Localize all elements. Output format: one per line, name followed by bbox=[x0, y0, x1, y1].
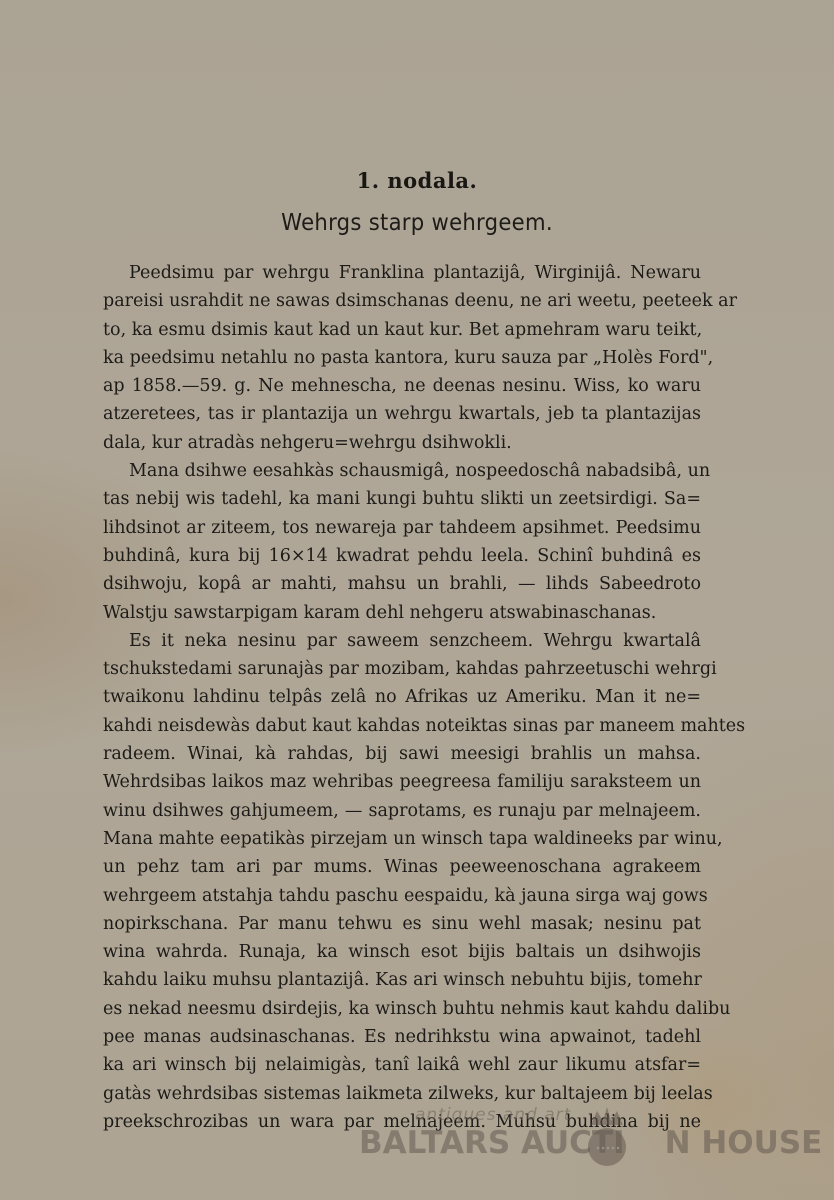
text-line: wehrgeem atstahja tahdu paschu eespaidu,… bbox=[103, 882, 701, 910]
body-text: Peedsimu par wehrgu Franklina plantazijâ… bbox=[103, 259, 701, 1136]
text-line: pareisi usrahdit ne sawas dsimschanas de… bbox=[103, 287, 701, 315]
text-line: ka ari winsch bij nelaimigàs, tanî laikâ… bbox=[103, 1051, 701, 1079]
text-line: tschukstedami sarunajàs par mozibam, kah… bbox=[103, 655, 701, 683]
text-line: kahdu laiku muhsu plantazijâ. Kas ari wi… bbox=[103, 966, 701, 994]
text-line: Mana mahte eepatikàs pirzejam un winsch … bbox=[103, 825, 701, 853]
text-line: preekschrozibas un wara par melnajeem. M… bbox=[103, 1108, 701, 1136]
text-line: es nekad neesmu dsirdejis, ka winsch buh… bbox=[103, 995, 701, 1023]
chapter-number: 1. nodala. bbox=[0, 168, 834, 193]
text-line: Mana dsihwe eesahkàs schausmigâ, nospeed… bbox=[103, 457, 701, 485]
text-line: winu dsihwes gahjumeem, — saprotams, es … bbox=[103, 797, 701, 825]
text-line: atzeretees, tas ir plantazija un wehrgu … bbox=[103, 400, 701, 428]
text-line: wina wahrda. Runaja, ka winsch esot biji… bbox=[103, 938, 701, 966]
text-line: lihdsinot ar ziteem, tos newareja par ta… bbox=[103, 514, 701, 542]
text-line: un pehz tam ari par mums. Winas peeweeno… bbox=[103, 853, 701, 881]
text-line: Walstju sawstarpigam karam dehl nehgeru … bbox=[103, 599, 701, 627]
text-line: tas nebij wis tadehl, ka mani kungi buht… bbox=[103, 485, 701, 513]
text-line: ap 1858.—59. g. Ne mehnescha, ne deenas … bbox=[103, 372, 701, 400]
text-line: radeem. Winai, kà rahdas, bij sawi meesi… bbox=[103, 740, 701, 768]
text-line: nopirkschana. Par manu tehwu es sinu weh… bbox=[103, 910, 701, 938]
text-line: dala, kur atradàs nehgeru=wehrgu dsihwok… bbox=[103, 429, 701, 457]
text-line: twaikonu lahdinu telpâs zelâ no Afrikas … bbox=[103, 683, 701, 711]
book-page: 1. nodala. Wehrgs starp wehrgeem. Peedsi… bbox=[0, 0, 834, 1200]
text-line: ka peedsimu netahlu no pasta kantora, ku… bbox=[103, 344, 701, 372]
text-line: kahdi neisdewàs dabut kaut kahdas noteik… bbox=[103, 712, 701, 740]
text-line: to, ka esmu dsimis kaut kad un kaut kur.… bbox=[103, 316, 701, 344]
text-line: Wehrdsibas laikos maz wehribas peegreesa… bbox=[103, 768, 701, 796]
text-line: Es it neka nesinu par saweem senzcheem. … bbox=[103, 627, 701, 655]
text-line: Peedsimu par wehrgu Franklina plantazijâ… bbox=[103, 259, 701, 287]
text-line: dsihwoju, kopâ ar mahti, mahsu un brahli… bbox=[103, 570, 701, 598]
text-line: buhdinâ, kura bij 16×14 kwadrat pehdu le… bbox=[103, 542, 701, 570]
chapter-title: Wehrgs starp wehrgeem. bbox=[33, 210, 800, 236]
text-line: pee manas audsinaschanas. Es nedrihkstu … bbox=[103, 1023, 701, 1051]
text-line: gatàs wehrdsibas sistemas laikmeta zilwe… bbox=[103, 1080, 701, 1108]
